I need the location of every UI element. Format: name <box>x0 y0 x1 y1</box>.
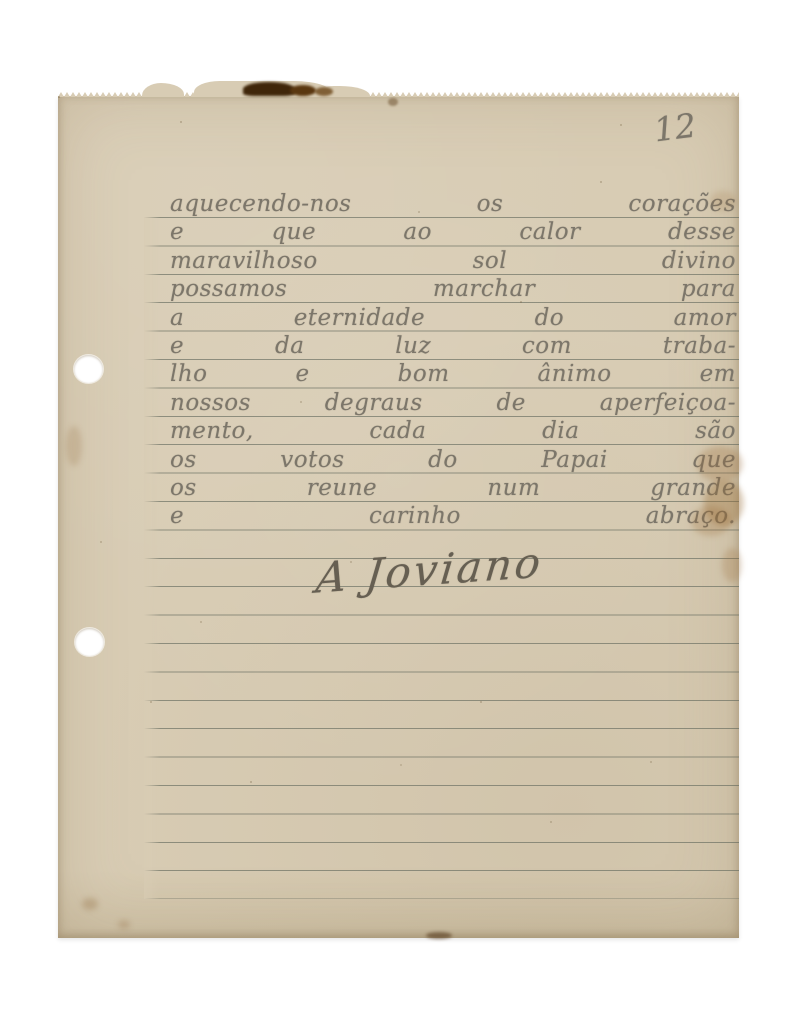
handwriting-line: nossos degraus de aperfeiçoa- <box>170 388 736 416</box>
paper-speckles <box>58 96 60 98</box>
handwriting-line: lho e bom ânimo em <box>170 359 736 387</box>
stain <box>697 446 743 482</box>
handwriting-line: mento, cada dia são <box>170 416 736 444</box>
stain <box>710 191 736 211</box>
stain <box>82 898 98 910</box>
stain <box>118 920 130 929</box>
handwriting-line: e carinho abraço. <box>170 501 736 529</box>
punch-hole <box>74 355 103 383</box>
handwriting-line: maravilhoso sol divino <box>170 246 736 274</box>
stain <box>426 932 452 939</box>
handwritten-text: aquecendo-nos os corações e que ao calor… <box>170 189 736 530</box>
paper-sheet: 12 aquecendo-nos os corações e que ao ca… <box>58 96 739 938</box>
handwriting-line: os reune num grande <box>170 473 736 501</box>
burn-stain <box>243 82 295 96</box>
stain <box>66 426 82 466</box>
punch-hole <box>75 628 104 656</box>
burn-stain <box>290 85 316 96</box>
handwriting-line: possamos marchar para <box>170 274 736 302</box>
page-number: 12 <box>652 106 698 150</box>
stain <box>722 548 742 582</box>
handwriting-line: e da luz com traba- <box>170 331 736 359</box>
stain <box>691 506 731 536</box>
stain <box>388 98 398 106</box>
burn-stain <box>315 87 333 96</box>
handwriting-line: aquecendo-nos os corações <box>170 189 736 217</box>
scanned-document: 12 aquecendo-nos os corações e que ao ca… <box>0 0 806 1024</box>
handwriting-line: e que ao calor desse <box>170 217 736 245</box>
handwriting-line: a eternidade do amor <box>170 303 736 331</box>
handwriting-line: os votos do Papai que <box>170 445 736 473</box>
paper-remnant <box>142 83 184 97</box>
